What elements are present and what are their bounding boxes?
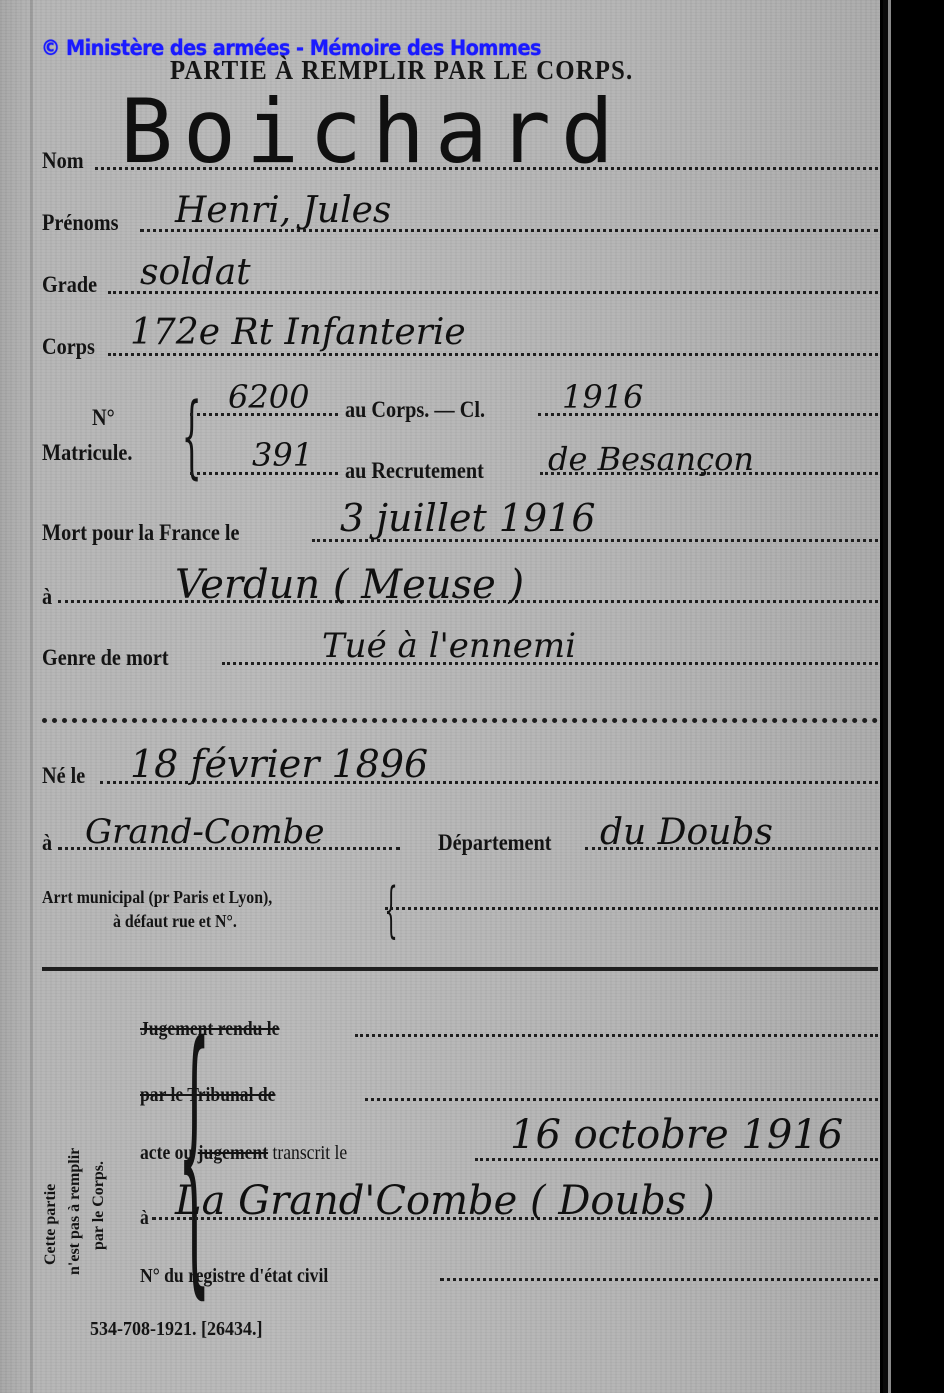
- transcrit-suffix: transcrit le: [272, 1142, 347, 1164]
- matricule-label-no: N°: [92, 405, 115, 431]
- jugement-rendu-line: [355, 1034, 878, 1037]
- scan-background: [891, 0, 944, 1393]
- arr-municipal-label: Arrt municipal (pr Paris et Lyon),: [42, 887, 272, 908]
- classe-value: 1916: [562, 378, 643, 416]
- grade-label: Grade: [42, 272, 97, 298]
- form-reference: 534-708-1921. [26434.]: [90, 1318, 262, 1341]
- jugement-rendu-label: Jugement rendu le: [140, 1018, 279, 1041]
- mort-le-label: Mort pour la France le: [42, 520, 239, 546]
- genre-mort-label: Genre de mort: [42, 645, 169, 671]
- matricule-label: Matricule.: [42, 440, 132, 466]
- side-note-line-1: Cette partie: [42, 1184, 60, 1265]
- corps-line: [108, 353, 878, 356]
- side-note-line-3: par le Corps.: [90, 1161, 108, 1250]
- nom-value: Boichard: [120, 80, 624, 183]
- departement-label: Département: [438, 830, 552, 856]
- corps-number-value: 6200: [228, 378, 309, 416]
- tribunal-label: par le Tribunal de: [140, 1084, 275, 1107]
- transcrit-prefix: acte ou: [140, 1142, 193, 1164]
- mort-a-value: Verdun ( Meuse ): [175, 562, 524, 608]
- recrutement-number-value: 391: [252, 436, 313, 474]
- paper-fold: [30, 0, 33, 1393]
- nom-label: Nom: [42, 148, 84, 174]
- corps-value: 172e Rt Infanterie: [130, 312, 466, 353]
- ne-a-label: à: [42, 830, 52, 856]
- ne-a-value: Grand-Combe: [85, 812, 324, 852]
- grade-value: soldat: [140, 252, 251, 293]
- arr-municipal-line: [385, 907, 878, 910]
- ne-le-label: Né le: [42, 763, 85, 789]
- separator-line: [42, 718, 878, 723]
- mort-a-label: à: [42, 584, 52, 610]
- genre-mort-value: Tué à l'ennemi: [322, 626, 576, 666]
- prenoms-value: Henri, Jules: [175, 190, 391, 231]
- prenoms-label: Prénoms: [42, 210, 118, 236]
- recrutement-label: au Recrutement: [345, 458, 484, 484]
- recrutement-value: de Besançon: [548, 440, 754, 478]
- side-note-line-2: n'est pas à remplir: [66, 1148, 84, 1275]
- corps-classe-label: au Corps. — Cl.: [345, 397, 485, 423]
- transcrit-struck: jugement: [198, 1142, 268, 1164]
- copyright-watermark: © Ministère des armées - Mémoire des Hom…: [41, 36, 541, 60]
- matricule-brace: {: [182, 392, 202, 482]
- departement-value: du Doubs: [600, 812, 773, 853]
- tribunal-line: [365, 1098, 878, 1101]
- transcrit-a-value: La Grand'Combe ( Doubs ): [175, 1178, 715, 1224]
- registre-label: N° du registre d'état civil: [140, 1265, 328, 1288]
- section-divider: [42, 967, 878, 971]
- transcrit-line: [475, 1158, 878, 1161]
- arr-brace: {: [384, 880, 397, 940]
- ne-le-value: 18 février 1896: [130, 742, 428, 786]
- mort-le-value: 3 juillet 1916: [340, 496, 596, 540]
- corps-label: Corps: [42, 334, 95, 360]
- registre-line: [440, 1278, 878, 1281]
- side-note: Cette partie n'est pas à remplir par le …: [42, 1050, 122, 1260]
- transcrit-label: acte ou jugement transcrit le: [140, 1142, 347, 1165]
- transcrit-value: 16 octobre 1916: [510, 1112, 843, 1158]
- transcrit-a-label: à: [140, 1207, 149, 1230]
- arr-municipal-label-2: à défaut rue et N°.: [113, 911, 237, 932]
